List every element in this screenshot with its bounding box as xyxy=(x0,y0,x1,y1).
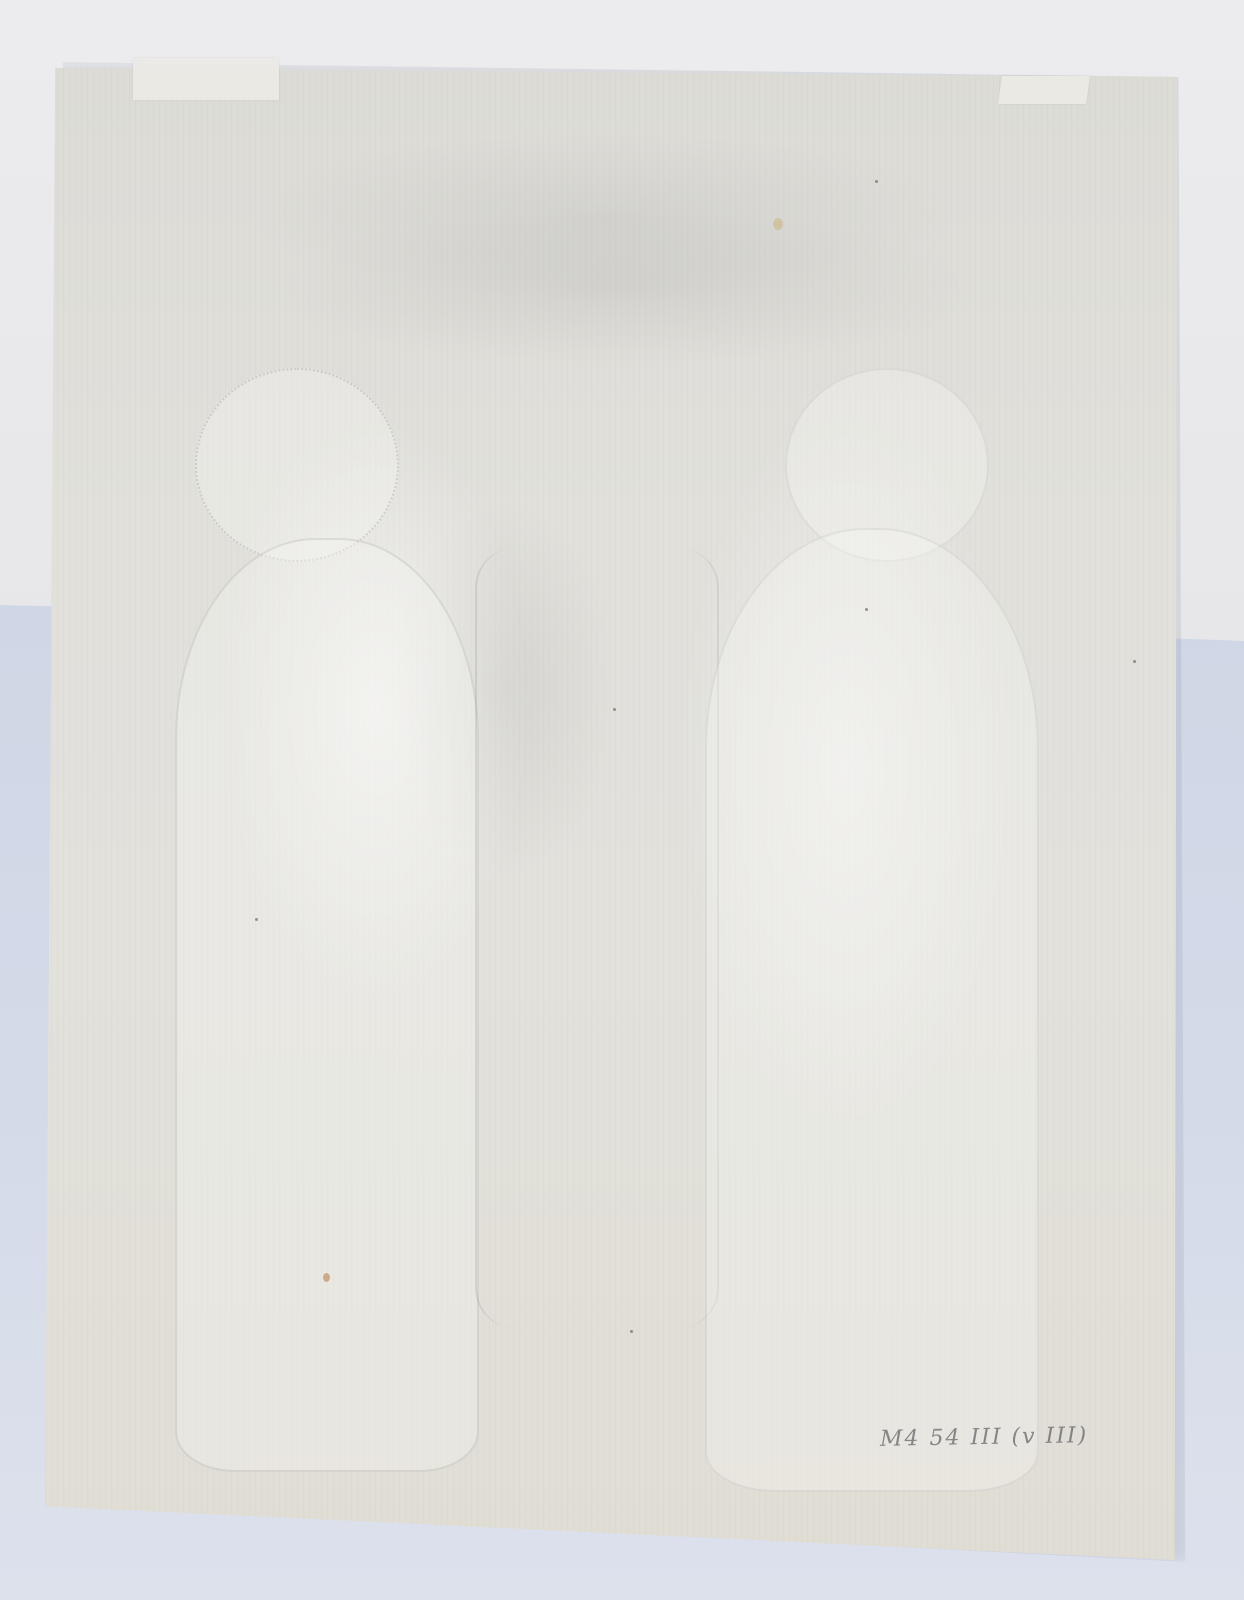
left-figure-head xyxy=(195,368,399,562)
speck xyxy=(865,608,868,611)
hinge-tape-top-left xyxy=(133,58,279,100)
foxing-spot xyxy=(773,218,783,230)
catalog-inscription: M4 54 III (v III) xyxy=(880,1423,1089,1452)
speck xyxy=(875,180,878,183)
foxing-spot xyxy=(323,1273,330,1282)
tree-trunk-show-through xyxy=(475,548,719,1328)
foliage-show-through xyxy=(125,178,1125,398)
speck xyxy=(255,918,258,921)
hinge-tape-top-right xyxy=(998,76,1090,104)
speck xyxy=(630,1330,633,1333)
speck xyxy=(1133,660,1136,663)
speck xyxy=(613,708,616,711)
paper-sheet: M4 54 III (v III) H. Loreri xyxy=(45,68,1177,1560)
right-figure-body xyxy=(705,528,1039,1492)
left-figure-body xyxy=(175,538,479,1472)
